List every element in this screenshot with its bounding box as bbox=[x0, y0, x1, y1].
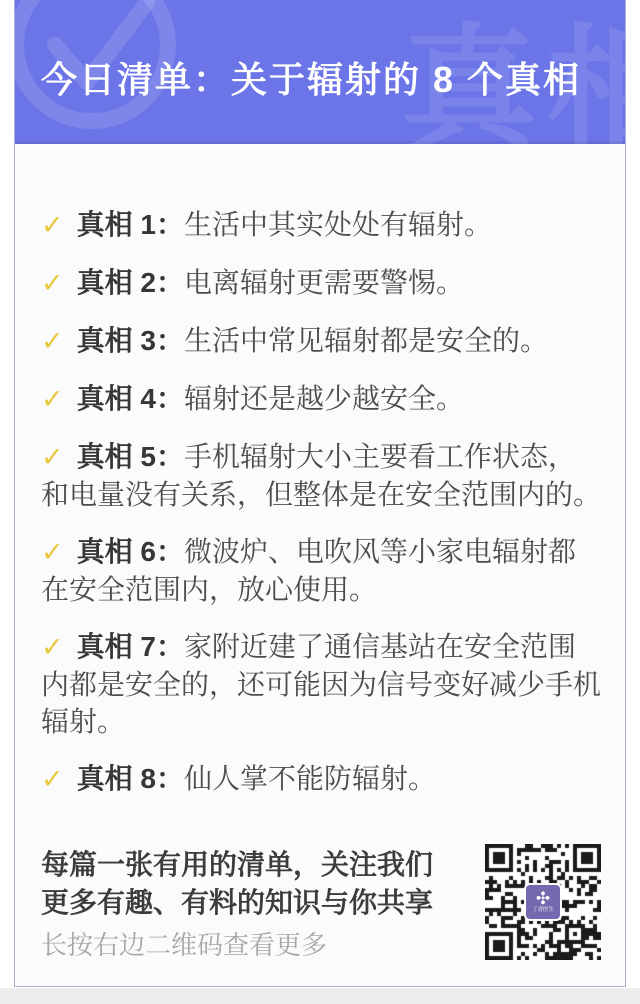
page-bottom-strip bbox=[0, 988, 640, 1004]
facts-list: ✓真相 1：生活中其实处处有辐射。 ✓真相 2：电离辐射更需要警惕。 ✓真相 3… bbox=[15, 144, 625, 798]
fact-label: 真相 7： bbox=[77, 631, 184, 662]
fact-text: 电离辐射更需要警惕。 bbox=[184, 267, 464, 298]
check-icon: ✓ bbox=[41, 384, 64, 414]
page-title: 今日清单：关于辐射的 8 个真相 bbox=[41, 52, 581, 103]
check-icon: ✓ bbox=[41, 632, 64, 662]
page: 真相 今日清单：关于辐射的 8 个真相 ✓真相 1：生活中其实处处有辐射。 ✓真… bbox=[0, 0, 640, 1004]
fact-label: 真相 1： bbox=[77, 209, 184, 240]
fact-item-2: ✓真相 2：电离辐射更需要警惕。 bbox=[41, 264, 601, 302]
check-icon: ✓ bbox=[41, 210, 64, 240]
footer: 每篇一张有用的清单，关注我们 更多有趣、有料的知识与你共享 长按右边二维码查看更… bbox=[41, 846, 601, 960]
fact-label: 真相 2： bbox=[77, 267, 184, 298]
fact-item-5: ✓真相 5：手机辐射大小主要看工作状态，和电量没有关系，但整体是在安全范围内的。 bbox=[41, 438, 601, 513]
fact-text: 生活中常见辐射都是安全的。 bbox=[184, 325, 548, 356]
fact-item-7: ✓真相 7：家附近建了通信基站在安全范围内都是安全的，还可能因为信号变好减少手机… bbox=[41, 628, 601, 740]
fact-item-3: ✓真相 3：生活中常见辐射都是安全的。 bbox=[41, 322, 601, 360]
fact-item-6: ✓真相 6：微波炉、电吹风等小家电辐射都在安全范围内，放心使用。 bbox=[41, 533, 601, 608]
check-icon: ✓ bbox=[41, 537, 64, 567]
header-banner: 真相 今日清单：关于辐射的 8 个真相 bbox=[15, 0, 625, 144]
fact-item-8: ✓真相 8：仙人掌不能防辐射。 bbox=[41, 760, 601, 798]
fact-item-1: ✓真相 1：生活中其实处处有辐射。 bbox=[41, 206, 601, 244]
fact-label: 真相 4： bbox=[77, 383, 184, 414]
fact-label: 真相 6： bbox=[77, 536, 184, 567]
footer-line-2: 更多有趣、有料的知识与你共享 bbox=[41, 884, 433, 922]
fact-label: 真相 5： bbox=[77, 441, 184, 472]
qr-center-logo: ✣ 丁香医生 bbox=[524, 883, 562, 921]
footer-text: 每篇一张有用的清单，关注我们 更多有趣、有料的知识与你共享 长按右边二维码查看更… bbox=[41, 846, 433, 960]
fact-text: 辐射还是越少越安全。 bbox=[184, 383, 464, 414]
footer-line-1: 每篇一张有用的清单，关注我们 bbox=[41, 846, 433, 884]
check-icon: ✓ bbox=[41, 442, 64, 472]
fact-text: 生活中其实处处有辐射。 bbox=[184, 209, 492, 240]
check-icon: ✓ bbox=[41, 764, 64, 794]
qr-code[interactable]: ✣ 丁香医生 bbox=[485, 844, 601, 960]
clover-logo-icon: ✣ bbox=[536, 890, 550, 907]
check-icon: ✓ bbox=[41, 268, 64, 298]
fact-label: 真相 8： bbox=[77, 763, 184, 794]
list-card: 真相 今日清单：关于辐射的 8 个真相 ✓真相 1：生活中其实处处有辐射。 ✓真… bbox=[14, 0, 626, 987]
qr-logo-label: 丁香医生 bbox=[532, 907, 554, 913]
footer-hint: 长按右边二维码查看更多 bbox=[41, 930, 433, 960]
fact-item-4: ✓真相 4：辐射还是越少越安全。 bbox=[41, 380, 601, 418]
fact-label: 真相 3： bbox=[77, 325, 184, 356]
fact-text: 仙人掌不能防辐射。 bbox=[184, 763, 436, 794]
check-icon: ✓ bbox=[41, 326, 64, 356]
